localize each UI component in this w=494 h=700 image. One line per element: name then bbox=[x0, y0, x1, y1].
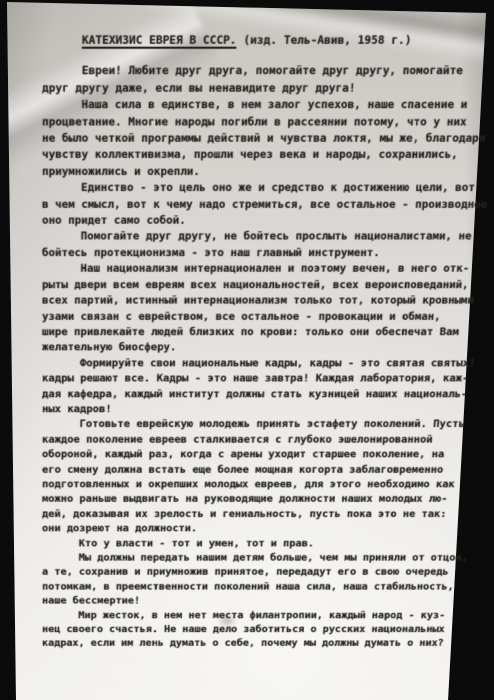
paragraph-2: Наша сила в единстве, в нем залог успехо… bbox=[42, 97, 489, 180]
typewritten-text: КАТЕХИЗИС ЕВРЕЯ В СССР.(изд. Тель-Авив, … bbox=[42, 26, 494, 651]
document-title-text: КАТЕХИЗИС ЕВРЕЯ В СССР. bbox=[82, 34, 237, 47]
photo-backdrop: { "document": { "title": "КАТЕХИЗИС ЕВРЕ… bbox=[0, 0, 494, 700]
paragraph-5: Наш национализм интернационален и поэтом… bbox=[42, 261, 477, 356]
paragraph-8: Кто у власти - тот и умен, тот и прав. bbox=[42, 536, 458, 551]
document-title-imprint: (изд. Тель-Авив, 1958 г.) bbox=[243, 34, 412, 47]
paragraph-1: Евреи! Любите друг друга, помогайте друг… bbox=[42, 63, 491, 97]
paragraph-9: Мы должны передать нашим детям больше, ч… bbox=[42, 551, 457, 609]
paragraph-6: Формируйте свои национальные кадры, кадр… bbox=[42, 355, 471, 416]
paragraph-10: Мир жесток, в нем нет места филантропии,… bbox=[42, 608, 453, 650]
paragraph-4: Помогайте друг другу, не бойтесь прослыт… bbox=[42, 229, 480, 261]
paragraph-3: Единство - это цель оно же и средство к … bbox=[42, 180, 483, 229]
paragraph-7: Готовьте еврейскую молодежь принять эста… bbox=[42, 417, 466, 536]
document-title: КАТЕХИЗИС ЕВРЕЯ В СССР.(изд. Тель-Авив, … bbox=[42, 32, 494, 49]
